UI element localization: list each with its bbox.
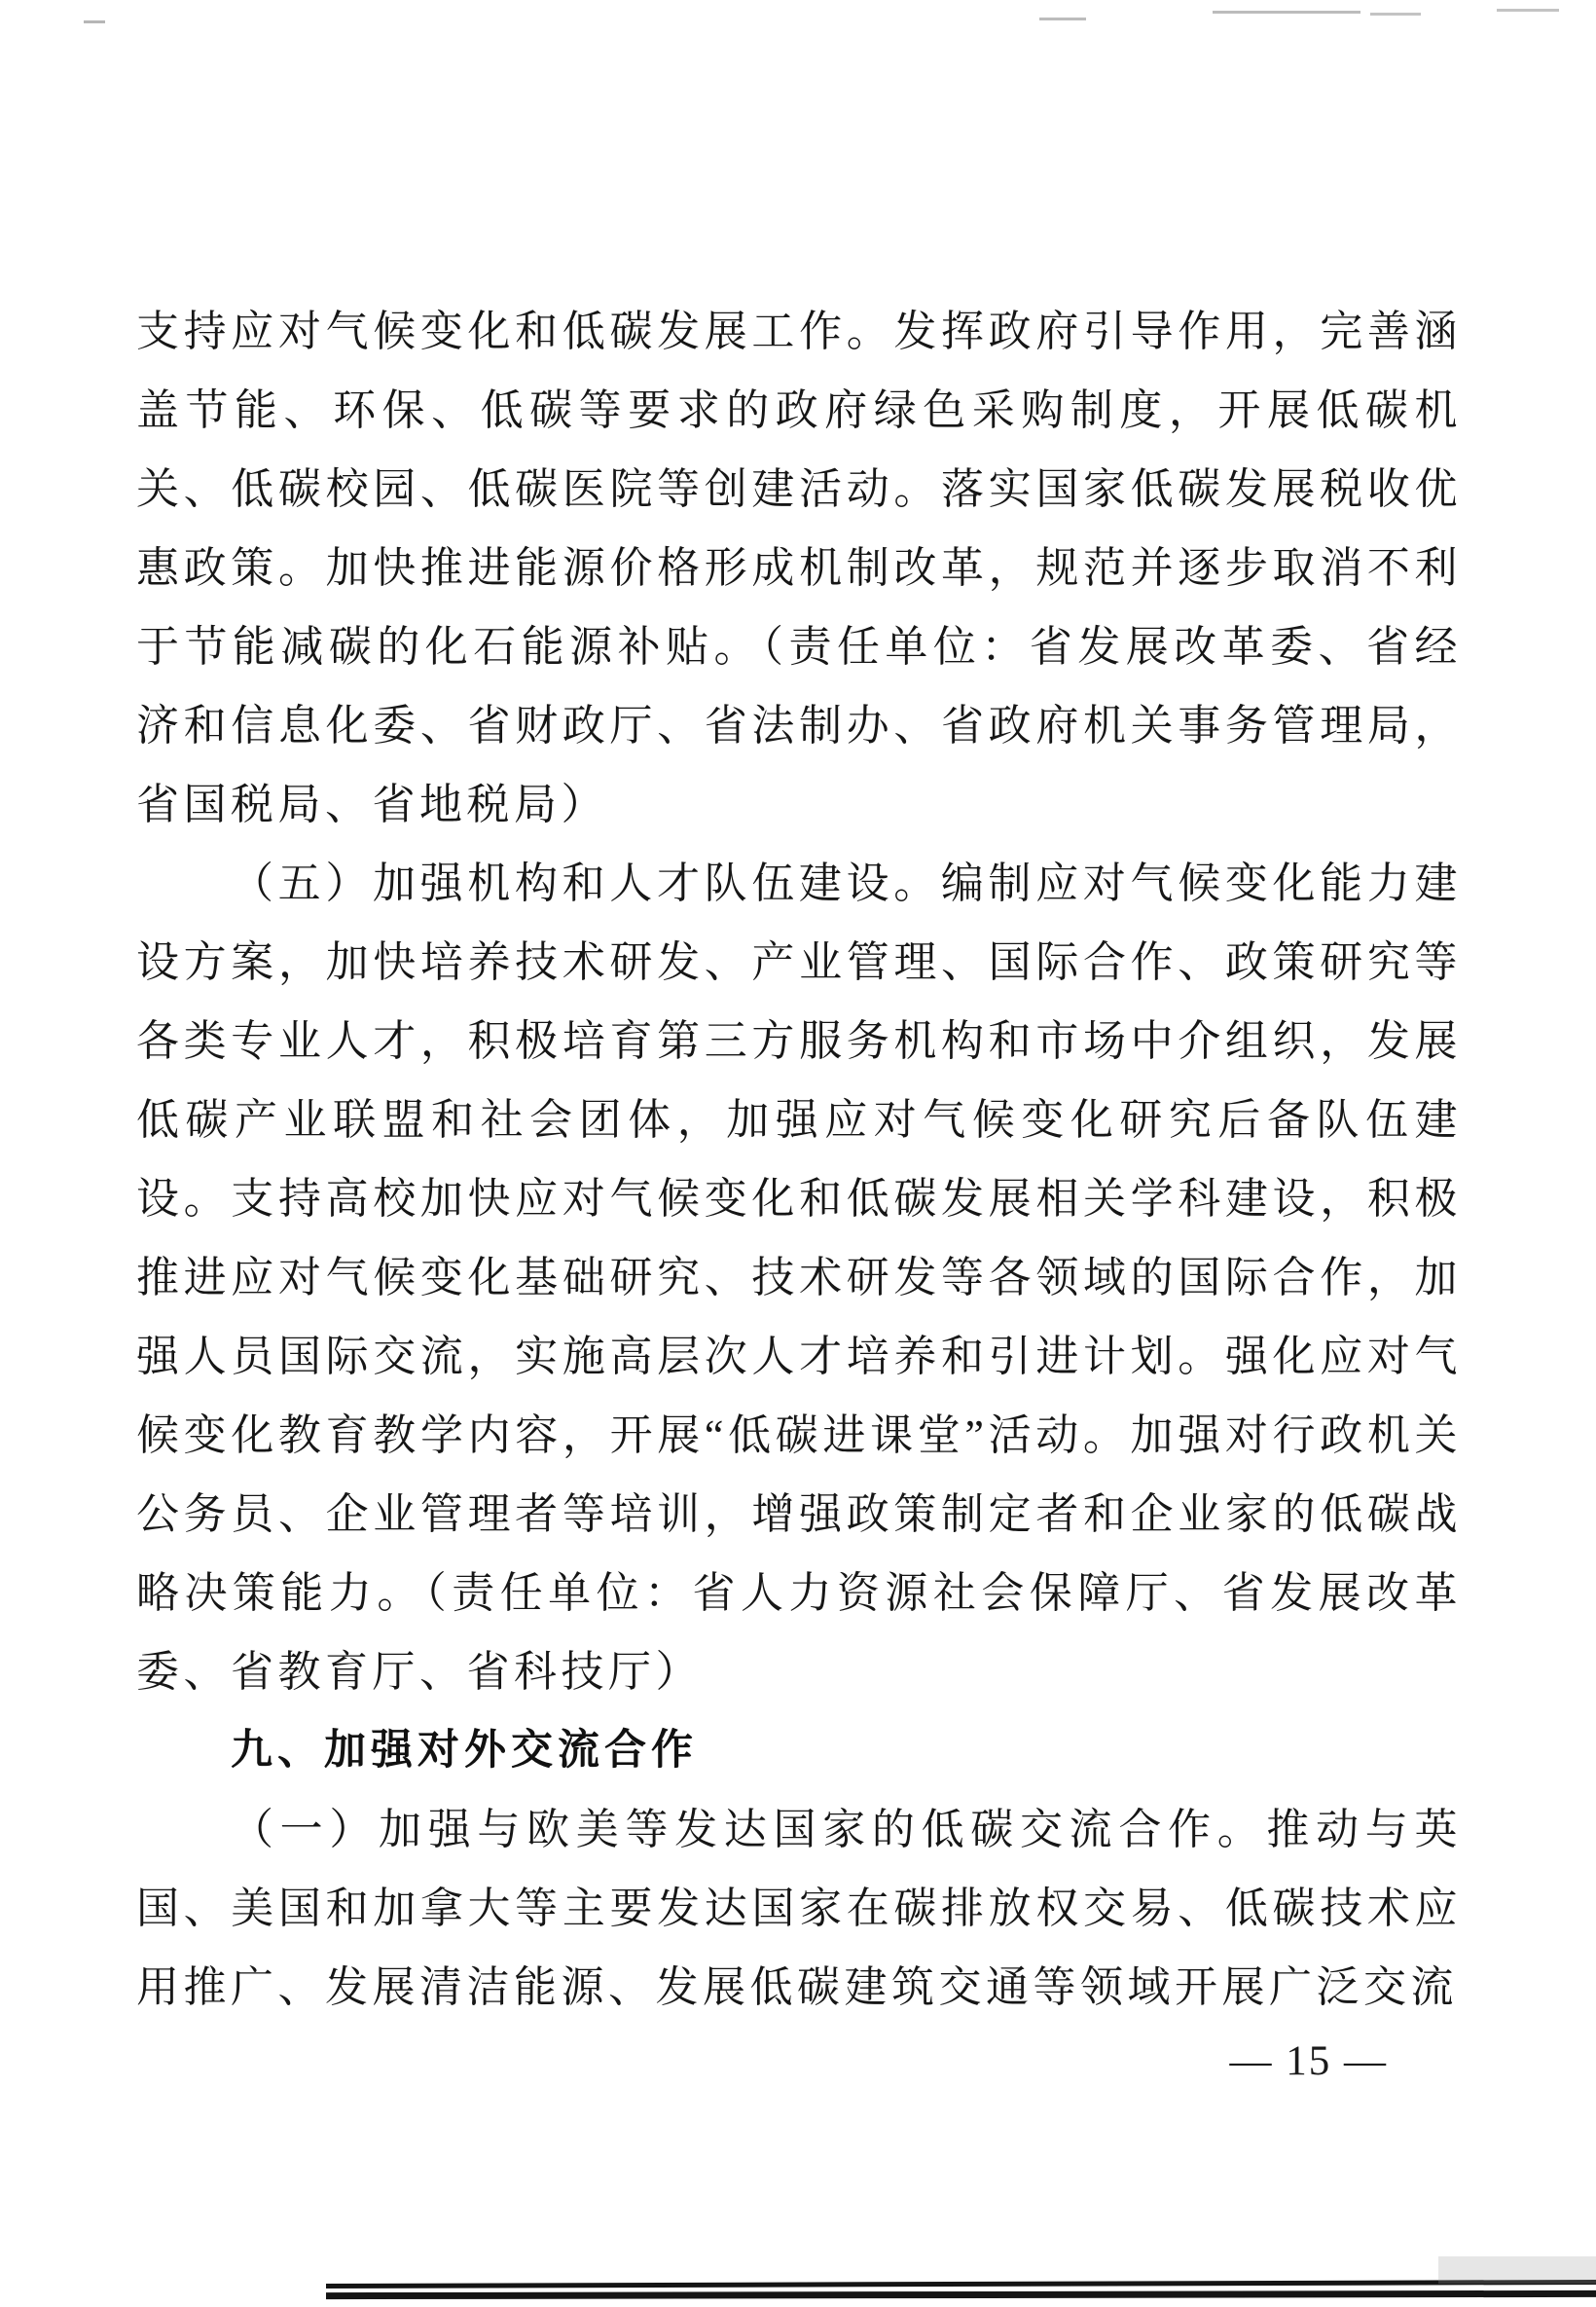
scan-artifact-top-middle (1039, 18, 1086, 20)
scanned-document-page: 支持应对气候变化和低碳发展工作。发挥政府引导作用，完善涵盖节能、环保、低碳等要求… (0, 0, 1596, 2307)
section-heading-9: 九、加强对外交流合作 (136, 1711, 1462, 1790)
paragraph-continuation: 支持应对气候变化和低碳发展工作。发挥政府引导作用，完善涵盖节能、环保、低碳等要求… (136, 292, 1462, 844)
scan-artifact-bottom-line (326, 2280, 1596, 2289)
document-body: 支持应对气候变化和低碳发展工作。发挥政府引导作用，完善涵盖节能、环保、低碳等要求… (136, 292, 1462, 2027)
paragraph-item-5: （五）加强机构和人才队伍建设。编制应对气候变化能力建设方案，加快培养技术研发、产… (136, 844, 1462, 1711)
scan-artifact-top-right (1213, 11, 1360, 14)
scan-artifact-bottom-line (326, 2290, 1596, 2299)
scan-artifact-top-right (1370, 13, 1421, 16)
scan-artifact-top-left (84, 20, 105, 23)
scan-artifact-bottom-smudge (1438, 2256, 1596, 2284)
scan-artifact-top-right (1497, 9, 1559, 12)
page-number: — 15 — (1230, 2037, 1389, 2085)
paragraph-item-1: （一）加强与欧美等发达国家的低碳交流合作。推动与英国、美国和加拿大等主要发达国家… (136, 1790, 1462, 2027)
